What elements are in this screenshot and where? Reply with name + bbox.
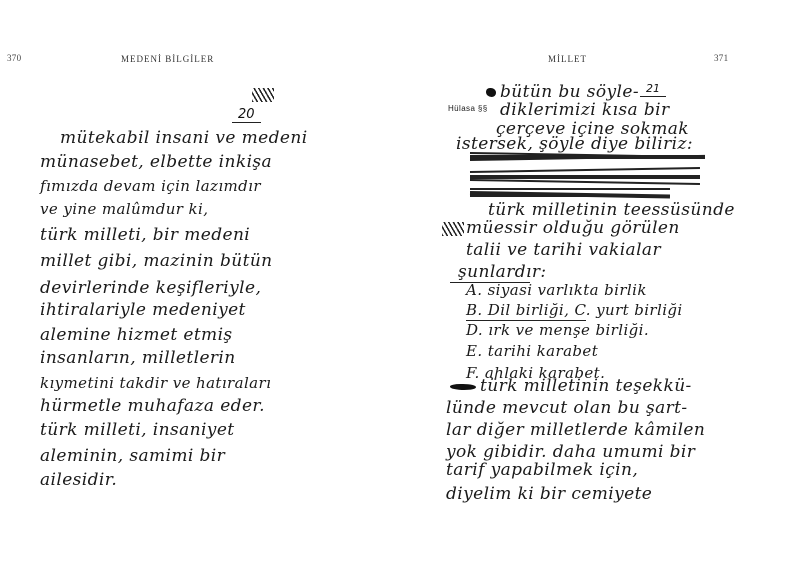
handwritten-line: şunlardır: [458, 262, 547, 282]
scribble-mark [252, 88, 274, 102]
ink-blot [450, 384, 476, 390]
scribble-mark [442, 222, 464, 236]
handwritten-line: diklerimizi kısa bir [500, 100, 669, 120]
handwritten-line: insanların, milletlerin [40, 348, 236, 368]
list-text: tarihi karabet [488, 342, 598, 360]
handwritten-line: ihtiralariyle medeniyet [40, 300, 246, 320]
handwritten-line: kıymetini takdir ve hatıraları [40, 374, 271, 392]
list-text: siyasi varlıkta birlik [488, 281, 647, 299]
page-number: 371 [714, 53, 728, 63]
handwritten-line: türk milletinin teşekkü- [480, 376, 692, 396]
book-spread: 370 MEDENİ BİLGİLER 20 mütekabil insani … [0, 0, 800, 576]
handwritten-line: ve yine malûmdur ki, [40, 200, 208, 218]
handwritten-line: diyelim ki bir cemiyete [446, 484, 652, 504]
handwritten-line: fımızda devam için lazımdır [40, 177, 261, 195]
right-page: MİLLET 371 bütün bu söyle- 21 Hülasa §§ … [400, 0, 800, 576]
handwritten-line: aleminin, samimi bir [40, 446, 225, 466]
handwritten-line: türk milleti, bir medeni [40, 225, 250, 245]
list-marker: E. [466, 342, 483, 360]
handwritten-line: lar diğer milletlerde kâmilen [446, 420, 705, 440]
handwritten-line: mütekabil insani ve medeni [60, 128, 308, 148]
handwritten-line: millet gibi, mazinin bütün [40, 251, 273, 271]
handwritten-line: türk milletinin teessüsünde [488, 200, 735, 220]
struck-out-line [470, 168, 700, 182]
handwritten-line: devirlerinde keşifleriyle, [40, 278, 261, 298]
running-head: MİLLET [548, 54, 587, 64]
handwritten-line: türk milleti, insaniyet [40, 420, 235, 440]
struck-out-line [470, 148, 705, 162]
list-item: A. siyasi varlıkta birlik [466, 281, 647, 299]
handwritten-line: hürmetle muhafaza eder. [40, 396, 265, 416]
list-text: ırk ve menşe birliği. [488, 321, 649, 339]
list-item: B. Dil birliği, C. yurt birliği [466, 301, 683, 319]
handwritten-line: müessir olduğu görülen [466, 218, 680, 238]
list-marker: B. [466, 301, 483, 319]
left-page: 370 MEDENİ BİLGİLER 20 mütekabil insani … [0, 0, 400, 576]
handwritten-line: lünde mevcut olan bu şart- [446, 398, 688, 418]
struck-out-line [470, 184, 670, 198]
ink-blot [486, 88, 496, 97]
list-text: Dil birliği, C. yurt birliği [488, 301, 683, 319]
handwritten-line: yok gibidir. daha umumi bir [446, 442, 695, 462]
list-marker: F. [466, 364, 480, 382]
list-marker: A. [466, 281, 482, 299]
handwritten-line: tarif yapabilmek için, [446, 460, 638, 480]
handwritten-line: talii ve tarihi vakialar [466, 240, 661, 260]
handwritten-line: ailesidir. [40, 470, 117, 490]
handwritten-line: alemine hizmet etmiş [40, 325, 233, 345]
list-item: D. ırk ve menşe birliği. [466, 321, 649, 339]
page-number: 370 [7, 53, 21, 63]
handwritten-line: münasebet, elbette inkişa [40, 152, 272, 172]
handwritten-line: bütün bu söyle- [500, 82, 639, 102]
margin-note: Hülasa §§ [448, 104, 488, 113]
manuscript-page-mark: 21 [640, 82, 666, 97]
manuscript-page-mark: 20 [232, 108, 261, 123]
running-head: MEDENİ BİLGİLER [121, 54, 214, 64]
list-marker: D. [466, 321, 483, 339]
list-item: E. tarihi karabet [466, 342, 598, 360]
